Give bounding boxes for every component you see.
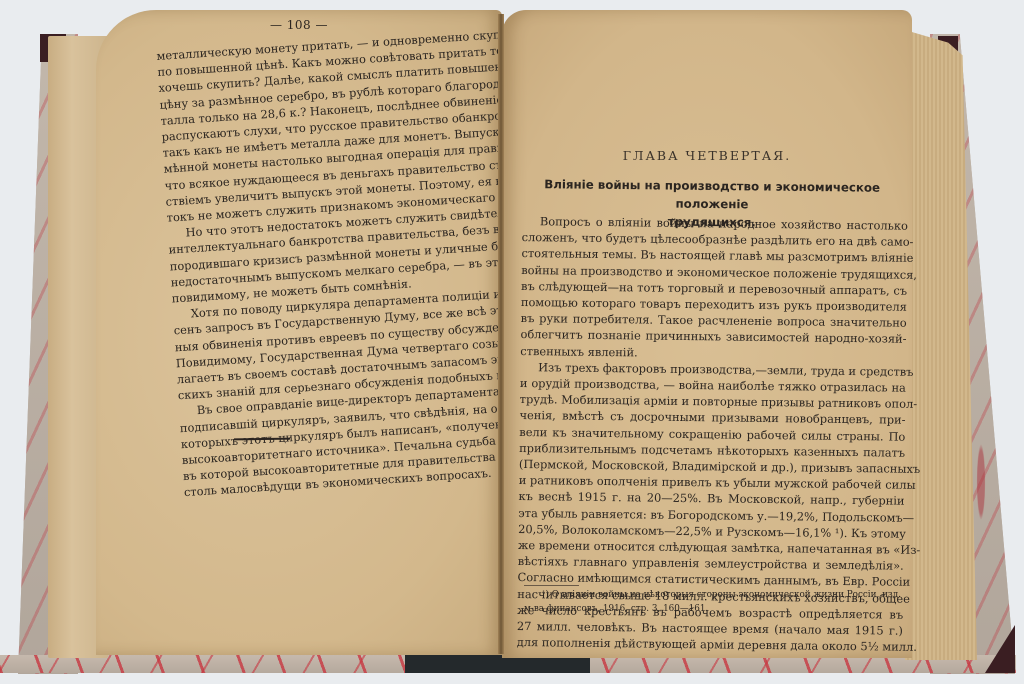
footnote: ¹) О вліяніи войны на нѣкоторыя стороны … [524, 588, 899, 616]
chapter-label: ГЛАВА ЧЕТВЕРТАЯ. [502, 148, 912, 163]
book-gutter [498, 14, 504, 654]
left-page-body: металлическую монету притать, — и одновр… [156, 27, 524, 501]
left-page: — 108 — металлическую монету притать, — … [96, 10, 502, 655]
footnote-rule [524, 585, 579, 586]
open-book-photo: — 108 — металлическую монету притать, — … [0, 0, 1024, 684]
chapter-title-line: Вліяніе войны на производство и экономич… [532, 175, 892, 215]
footnote-line: м-ва финансовъ, 1916, стр. 3, 160—161. [524, 602, 899, 616]
right-page: ГЛАВА ЧЕТВЕРТАЯ. Вліяніе войны на произв… [502, 10, 912, 658]
footnote-line: ¹) О вліяніи войны на нѣкоторыя стороны … [524, 588, 899, 602]
text-line: для пополненія дѣйствующей арміи деревня… [517, 634, 903, 655]
